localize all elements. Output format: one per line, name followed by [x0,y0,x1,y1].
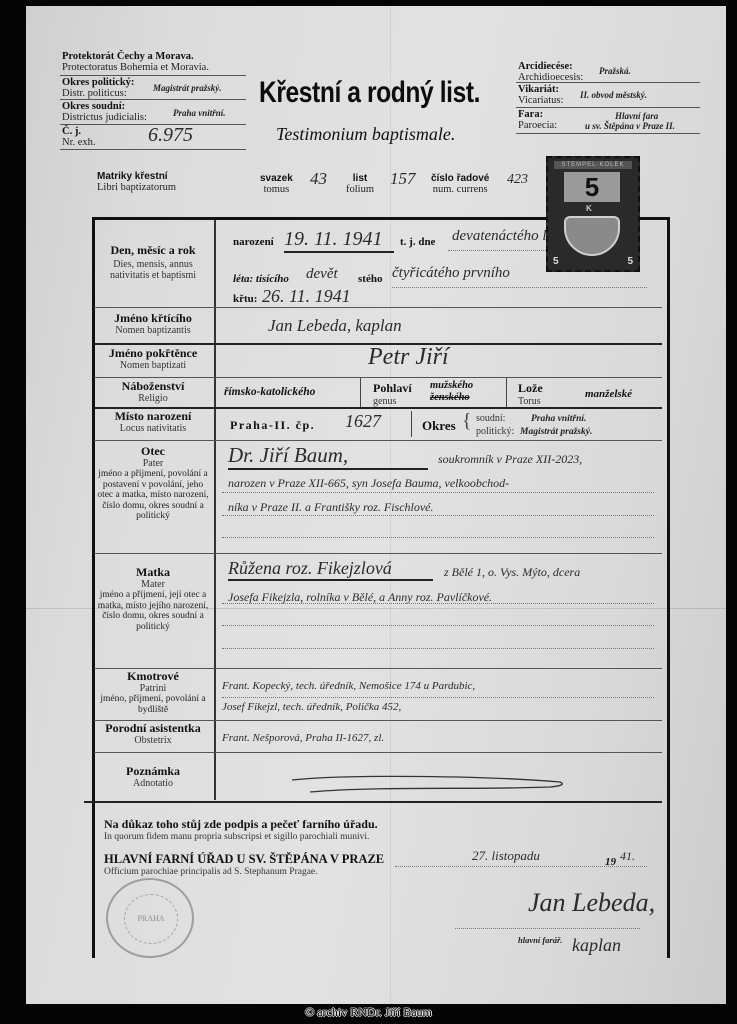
label-baptizer-cz: Jméno křtícího [92,312,214,325]
label-father: Otec Pater jméno a příjmení, povolání a … [92,445,214,522]
day-label: t. j. dne [400,236,435,248]
label-note: Poznámka Adnotatio [92,765,214,789]
document-subtitle: Testimonium baptismale. [276,124,455,145]
document-title: Křestní a rodný list. [259,76,480,110]
volume-value: 43 [310,169,327,189]
volume-label-la: tomus [260,184,293,195]
row-divider [94,668,662,669]
issue-date-value: 27. listopadu [472,848,540,864]
signature-line [455,928,640,929]
sex-struck-value: ženského [430,392,470,403]
label-baptized-cz: Jméno pokřtěnce [92,347,214,360]
label-birthplace-la: Locus nativitatis [92,423,214,434]
baptized-name-value: Petr Jiří [368,344,449,371]
father-line-3: níka v Praze II. a Františky roz. Fischl… [228,500,434,515]
coat-of-arms-lion-icon [564,216,620,256]
ref-block: Č. j. Nr. exh. [62,126,96,148]
label-date-la: Dies, mensis, annus nativitatis et bapti… [92,259,214,281]
father-line-1: soukromník v Praze XII-2023, [438,452,582,467]
stamp-top-text: STEMPEL·KOLEK [554,161,632,169]
protectorate-block: Protektorát Čechy a Morava. Protectoratu… [62,51,209,73]
midwife-value: Frant. Nešporová, Praha II-1627, zl. [222,732,384,744]
archdiocese-block: Arcidiecése: Archidioecesis: [518,61,583,83]
row-divider [94,307,662,308]
district-political-label-la: Distr. politicus: [62,88,134,99]
year-value-2: čtyřicátého prvního [392,265,510,282]
district-judicial-label-la: Districtus judicialis: [62,112,147,123]
office-block: HLAVNÍ FARNÍ ÚŘAD U SV. ŠTĚPÁNA V PRAZE … [104,852,384,877]
dotted-line [448,250,548,251]
label-father-desc: jméno a příjmení, povolání a postavení v… [92,469,214,522]
stamp-unit: K [586,204,592,213]
label-religion-cz: Náboženství [92,380,214,393]
row-divider [94,752,662,753]
district-political-block: Okres politický: Distr. politicus: [62,77,134,99]
archive-watermark: © archiv RNDr. Jiří Baum [0,1005,737,1020]
baptizer-value: Jan Lebeda, kaplan [268,316,402,336]
dotted-line [222,648,654,649]
dotted-line [222,625,654,626]
sex-bed-divider [506,378,507,407]
proof-block: Na důkaz toho stůj zde podpis a pečeť fa… [104,817,378,842]
row-divider [94,553,662,554]
place-district-divider [411,411,412,437]
label-religion: Náboženství Religio [92,380,214,404]
ref-value: 6.975 [148,124,193,147]
judicial-label: soudní: [476,413,505,424]
parish-block: Fara: Paroecia: [518,109,557,131]
label-mother: Matka Mater jméno a příjmení, její otec … [92,566,214,632]
ref-label-la: Nr. exh. [62,137,96,148]
dotted-line [222,537,654,538]
cancel-flourish [290,774,580,798]
label-baptized-la: Nomen baptizati [92,360,214,371]
folio-label: list [346,173,374,184]
year-label-2: stého [358,273,382,285]
year-suffix: 41. [620,849,635,864]
bed-label-block: Lože Torus [518,381,543,407]
vicariate-label-la: Vicariatus: [518,95,563,106]
birth-label: narození [233,236,274,248]
row-divider [94,377,662,378]
archdiocese-value: Pražská. [599,66,631,76]
baptism-label: křtu: [233,293,257,305]
divider [516,133,700,134]
office-la: Officium parochiae principalis ad S. Ste… [104,867,384,877]
sex-label-block: Pohlaví genus [373,381,412,407]
divider [516,107,700,108]
mother-name-value: Růžena roz. Fikejzlová [228,558,433,581]
number-value: 423 [507,172,528,188]
political-label: politický: [476,426,514,437]
revenue-stamp: STEMPEL·KOLEK 5 K 5 5 [546,156,640,272]
protectorate-cz: Protektorát Čechy a Morava. [62,51,209,62]
judicial-value: Praha vnitřní. [531,414,586,424]
parish-value-1: Hlavní fara [615,111,658,121]
row-divider [94,440,662,441]
label-father-cz: Otec [92,445,214,458]
volume-block: svazek tomus [260,173,293,195]
register-label: Matriky křestní [97,171,176,182]
proof-la: In quorum fidem manu propria subscripsi … [104,832,378,842]
parish-value-2: u sv. Štěpána v Praze II. [585,121,675,131]
number-label: číslo řadové [431,173,489,184]
signer-title: hlavní farář. [518,935,562,945]
district-label: Okres [422,418,456,434]
label-birthplace: Místo narození Locus nativitatis [92,410,214,434]
seal-text: PRAHA [124,894,178,944]
sex-label: Pohlaví [373,381,412,396]
label-godparents-desc: jméno, příjmení, povolání a bydliště [92,694,214,715]
godparent-2: Josef Fikejzl, tech. úředník, Polička 45… [222,701,401,713]
religion-sex-divider [360,378,361,407]
label-father-la: Pater [92,458,214,469]
bed-value: manželské [585,388,632,400]
house-number-value: 1627 [345,411,381,432]
godparent-1: Frant. Kopecký, tech. úředník, Nemošice … [222,680,475,692]
label-midwife: Porodní asistentka Obstetrix [92,722,214,746]
label-godparents-la: Patrini [92,683,214,694]
district-judicial-label: Okres soudní: [62,101,147,112]
parish-label: Fara: [518,109,557,120]
sex-label-la: genus [373,396,412,407]
label-godparents: Kmotrové Patrini jméno, příjmení, povolá… [92,670,214,715]
label-birthplace-cz: Místo narození [92,410,214,423]
signer-role: kaplan [572,935,621,956]
label-religion-la: Religio [92,393,214,404]
district-political-value: Magistrát pražský. [153,83,222,93]
archdiocese-label: Arcidiecése: [518,61,583,72]
proof-cz: Na důkaz toho stůj zde podpis a pečeť fa… [104,817,378,832]
stamp-value: 5 [564,172,620,202]
stamp-corner-right: 5 [627,256,633,267]
father-line-2: narozen v Praze XII-665, syn Josefa Baum… [228,476,509,491]
divider [60,99,246,100]
office-cz: HLAVNÍ FARNÍ ÚŘAD U SV. ŠTĚPÁNA V PRAZE [104,852,384,867]
district-political-label: Okres politický: [62,77,134,88]
year-value-1: devět [306,266,338,283]
label-note-la: Adnotatio [92,778,214,789]
bed-label-la: Torus [518,396,543,407]
dotted-line [222,697,654,698]
stamp-corner-left: 5 [553,256,559,267]
label-baptizer: Jméno křtícího Nomen baptizantis [92,312,214,336]
vicariate-value: II. obvod městský. [580,90,647,100]
mother-line-1: z Bělé 1, o. Vys. Mýto, dcera [444,565,580,580]
label-baptizer-la: Nomen baptizantis [92,325,214,336]
district-judicial-block: Okres soudní: Districtus judicialis: [62,101,147,123]
register-block: Matriky křestní Libri baptizatorum [97,171,176,193]
parish-label-la: Paroecia: [518,120,557,131]
label-date: Den, měsíc a rok Dies, mensis, annus nat… [92,244,214,281]
label-godparents-cz: Kmotrové [92,670,214,683]
baptism-date-value: 26. 11. 1941 [262,286,351,307]
bed-label: Lože [518,381,543,396]
district-judicial-value: Praha vnitřní. [173,108,226,118]
parish-seal-icon: PRAHA [106,878,194,958]
protectorate-la: Protectoratus Bohemia et Moravia. [62,62,209,73]
dotted-line [222,515,654,516]
ref-label: Č. j. [62,126,96,137]
label-baptized: Jméno pokřtěnce Nomen baptizati [92,347,214,371]
father-name-value: Dr. Jiří Baum, [228,443,428,470]
religion-value: římsko-katolického [224,386,315,398]
divider [60,75,246,76]
number-block: číslo řadové num. currens [431,173,489,195]
label-mother-cz: Matka [92,566,214,579]
label-midwife-la: Obstetrix [92,735,214,746]
vicariate-block: Vikariát: Vicariatus: [518,84,563,106]
folio-block: list folium [346,173,374,195]
place-label: Praha-II. čp. [230,418,315,433]
register-label-la: Libri baptizatorum [97,182,176,193]
table-bottom-rule [84,801,662,803]
label-mother-la: Mater [92,579,214,590]
vicariate-label: Vikariát: [518,84,563,95]
year-prefix: 19 [605,856,616,868]
dotted-line [222,603,654,604]
sex-value: mužského [430,380,473,391]
divider [516,82,700,83]
label-date-cz: Den, měsíc a rok [92,244,214,257]
dotted-line [392,287,647,288]
divider [60,149,246,150]
label-note-cz: Poznámka [92,765,214,778]
label-midwife-cz: Porodní asistentka [92,722,214,735]
label-mother-desc: jméno a příjmení, její otec a matka, mís… [92,590,214,632]
political-value: Magistrát pražský. [520,427,592,437]
number-label-la: num. currens [431,184,489,195]
brace: { [462,410,472,433]
signature: Jan Lebeda, [528,888,655,918]
year-label-1: léta: tisícího [233,273,289,285]
birth-date-value: 19. 11. 1941 [284,228,394,253]
folio-value: 157 [390,169,416,189]
folio-label-la: folium [346,184,374,195]
volume-label: svazek [260,173,293,184]
dotted-line [222,492,654,493]
